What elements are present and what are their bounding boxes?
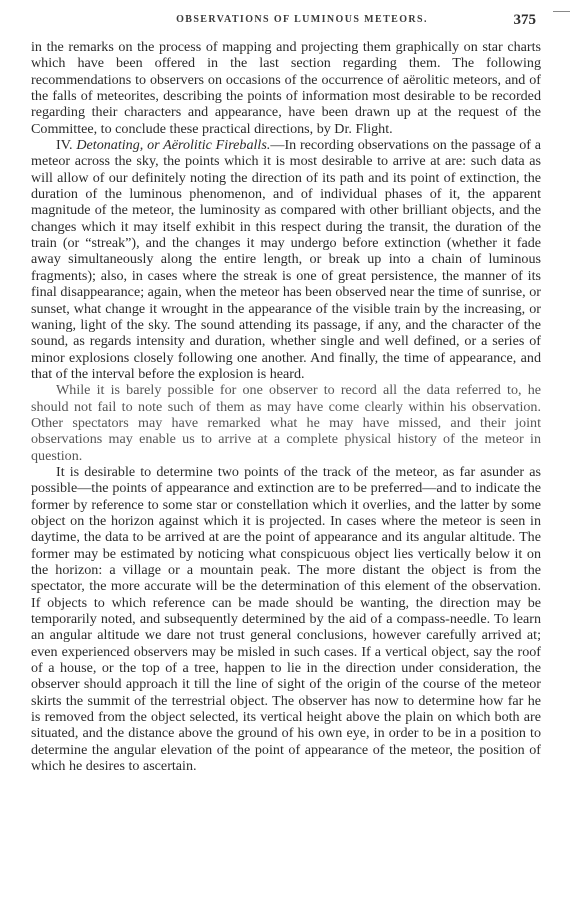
paragraph-text: It is desirable to determine two points … [31,464,541,774]
paragraph-text: in the remarks on the process of mapping… [31,39,541,137]
section-number: IV. [56,137,73,153]
paragraph-joint-observations: While it is barely possible for one obse… [31,382,541,464]
body-text: in the remarks on the process of mapping… [31,39,541,774]
running-header: Observations of Luminous Meteors. 375 [30,12,540,32]
paragraph-text: While it is barely possible for one obse… [31,382,541,463]
paragraph-track-determination: It is desirable to determine two points … [31,464,541,775]
page-number: 375 [514,12,537,29]
paragraph-continuation: in the remarks on the process of mapping… [31,39,541,137]
book-page: Observations of Luminous Meteors. 375 in… [0,0,570,912]
running-title: Observations of Luminous Meteors. [30,14,540,25]
header-rule [553,11,570,12]
paragraph-text: —In recording observations on the passag… [31,137,541,382]
paragraph-section-iv: IV. Detonating, or Aërolitic Fireballs.—… [31,137,541,382]
section-title: Detonating, or Aërolitic Fireballs. [76,137,270,153]
